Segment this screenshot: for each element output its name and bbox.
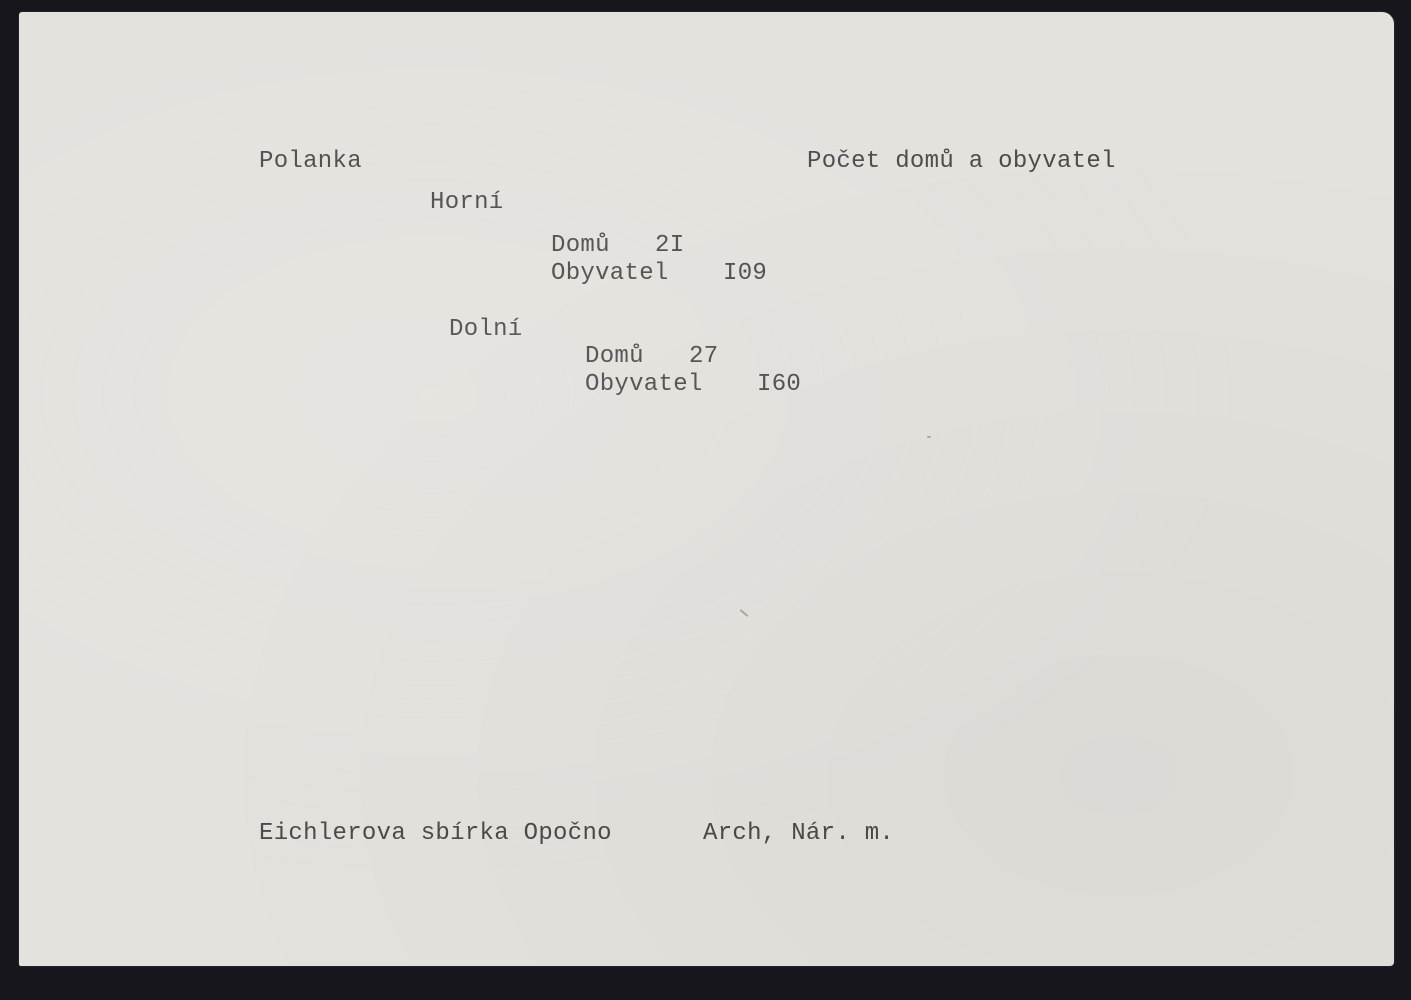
index-card: Polanka Počet domů a obyvatel Horní Domů…: [19, 12, 1394, 966]
footer-source: Eichlerova sbírka Opočno: [259, 820, 612, 848]
dolni-residents-label: Obyvatel: [585, 371, 703, 399]
section-title-horni: Horní: [430, 189, 504, 217]
section-title-dolni: Dolní: [449, 316, 523, 344]
dolni-residents-value: I60: [757, 371, 801, 399]
paper-speck: [927, 436, 931, 438]
horni-residents-value: I09: [723, 260, 767, 288]
dolni-houses-value: 27: [689, 343, 718, 371]
dolni-houses-label: Domů: [585, 343, 644, 371]
paper-scratch: [740, 609, 749, 617]
footer-archive: Arch, Nár. m.: [703, 820, 894, 848]
card-heading: Počet domů a obyvatel: [807, 148, 1116, 176]
horni-houses-label: Domů: [551, 232, 610, 260]
place-name: Polanka: [259, 148, 362, 176]
horni-residents-label: Obyvatel: [551, 260, 669, 288]
horni-houses-value: 2I: [655, 232, 684, 260]
